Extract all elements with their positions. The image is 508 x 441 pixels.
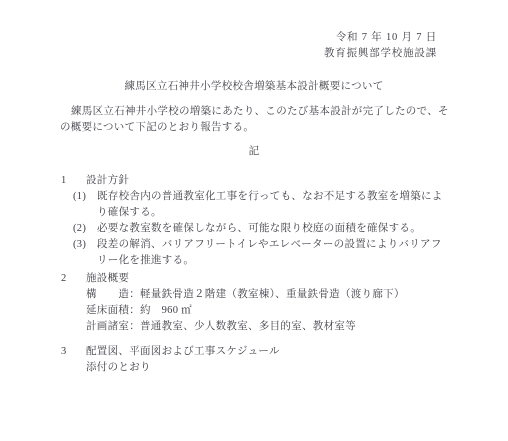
header-block: 令和 7 年 10 月 7 日 教育振興部学校施設課	[0, 0, 508, 62]
policy-item-1-body: 既存校舎内の普通教室化工事を行っても、なお不足する教室を増築によ り確保する。	[97, 189, 468, 221]
policy-item-3: (3) 段差の解消、バリアフリートイレやエレベーターの設置によりバリアフ リー化…	[0, 237, 508, 269]
policy-item-1-line-2: り確保する。	[97, 205, 468, 221]
section-3-heading: 3 配置図、平面図および工事スケジュール	[0, 344, 508, 360]
intro-line-2: の概要について下記のとおり報告する。	[60, 120, 448, 136]
ki-separator: 記	[0, 144, 508, 160]
facility-structure-row: 構 造：軽量鉄骨造２階建（教室棟）、重量鉄骨造（渡り廊下）	[0, 287, 508, 303]
policy-item-2-label: (2)	[73, 221, 97, 237]
policy-item-1-line-1: 既存校舎内の普通教室化工事を行っても、なお不足する教室を増築によ	[97, 189, 468, 205]
policy-item-2-body: 必要な教室数を確保しながら、可能な限り校庭の面積を確保する。	[97, 221, 468, 237]
policy-item-3-label: (3)	[73, 237, 97, 269]
document-page: 令和 7 年 10 月 7 日 教育振興部学校施設課 練馬区立石神井小学校校舎増…	[0, 0, 508, 441]
intro-line-1: 練馬区立石神井小学校の増築にあたり、このたび基本設計が完了したので、そ	[60, 104, 448, 120]
section-3-title: 配置図、平面図および工事スケジュール	[86, 344, 280, 360]
policy-item-1-label: (1)	[73, 189, 97, 221]
document-title: 練馬区立石神井小学校校舎増築基本設計概要について	[0, 79, 508, 95]
section-3-number: 3	[61, 344, 86, 360]
section-2-heading: 2 施設概要	[0, 271, 508, 287]
policy-item-2: (2) 必要な教室数を確保しながら、可能な限り校庭の面積を確保する。	[0, 221, 508, 237]
attachment-note: 添付のとおり	[0, 360, 508, 376]
facility-floor-area-row: 延床面積：約 960 ㎡	[0, 303, 508, 319]
policy-item-3-line-1: 段差の解消、バリアフリートイレやエレベーターの設置によりバリアフ	[97, 237, 468, 253]
department-line: 教育振興部学校施設課	[0, 46, 437, 62]
date-line: 令和 7 年 10 月 7 日	[0, 30, 437, 46]
section-1-heading: 1 設計方針	[0, 173, 508, 189]
facility-rooms-row: 計画諸室：普通教室、少人数教室、多目的室、教材室等	[0, 319, 508, 335]
section-1-number: 1	[61, 173, 86, 189]
policy-item-1: (1) 既存校舎内の普通教室化工事を行っても、なお不足する教室を増築によ り確保…	[0, 189, 508, 221]
policy-item-3-body: 段差の解消、バリアフリートイレやエレベーターの設置によりバリアフ リー化を推進す…	[97, 237, 468, 269]
section-2-number: 2	[61, 271, 86, 287]
policy-item-3-line-2: リー化を推進する。	[97, 253, 468, 269]
section-2-title: 施設概要	[86, 271, 129, 287]
intro-paragraph: 練馬区立石神井小学校の増築にあたり、このたび基本設計が完了したので、そ の概要に…	[60, 104, 448, 136]
policy-item-2-line-1: 必要な教室数を確保しながら、可能な限り校庭の面積を確保する。	[97, 221, 468, 237]
section-1-title: 設計方針	[86, 173, 129, 189]
